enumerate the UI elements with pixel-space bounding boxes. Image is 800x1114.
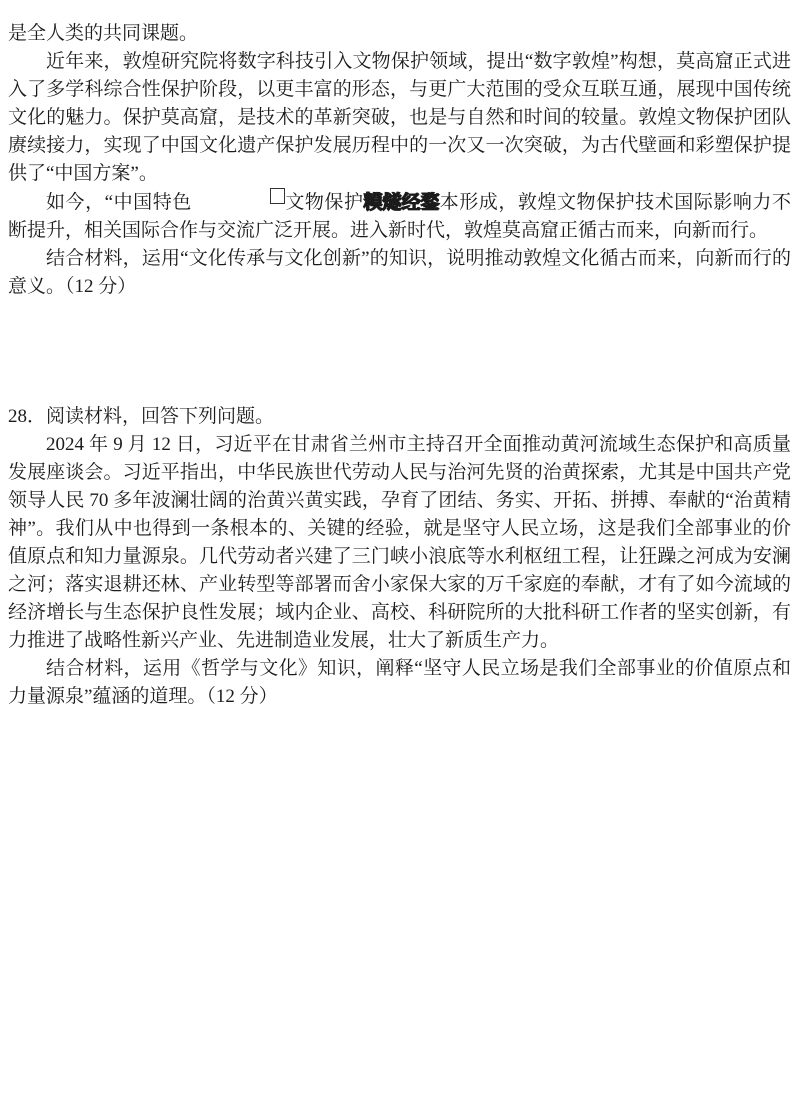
exam-body-text: 是全人类的共同课题。 近年来，敦煌研究院将数字科技引入文物保护领域，提出“数字敦… bbox=[8, 20, 791, 711]
q28-heading: 28．阅读材料，回答下列问题。 bbox=[8, 403, 791, 431]
q27-material-paragraph-2-glitch-line: 如今，“中国特色〃文物保护糢燧经鍪本形成，敦煌文物保护技术国际影响力不断提升，相… bbox=[8, 188, 791, 245]
q27-task-statement: 结合材料，运用“文化传承与文化创新”的知识，说明推动敦煌文化循古而来，向新而行的… bbox=[8, 245, 791, 301]
q28-task-statement: 结合材料，运用《哲学与文化》知识，阐释“坚守人民立场是我们全部事业的价值原点和力… bbox=[8, 655, 791, 711]
q27-material-paragraph-1: 近年来，敦煌研究院将数字科技引入文物保护领域，提出“数字敦煌”构想，莫高窟正式进… bbox=[8, 48, 791, 188]
overprinted-characters: 糢燧经鍪 bbox=[364, 192, 440, 213]
exam-page: 是全人类的共同课题。 近年来，敦煌研究院将数字科技引入文物保护领域，提出“数字敦… bbox=[0, 0, 800, 1114]
paragraph-continuation-line: 是全人类的共同课题。 bbox=[8, 20, 791, 48]
glitch-line-before: 如今，“中国特色 bbox=[46, 192, 192, 213]
q28-material-paragraph: 2024 年 9 月 12 日，习近平在甘肃省兰州市主持召开全面推动黄河流域生态… bbox=[8, 431, 791, 655]
print-artifact-mark: 〃 bbox=[270, 188, 285, 204]
glitch-line-mid: 文物保护 bbox=[285, 192, 364, 213]
